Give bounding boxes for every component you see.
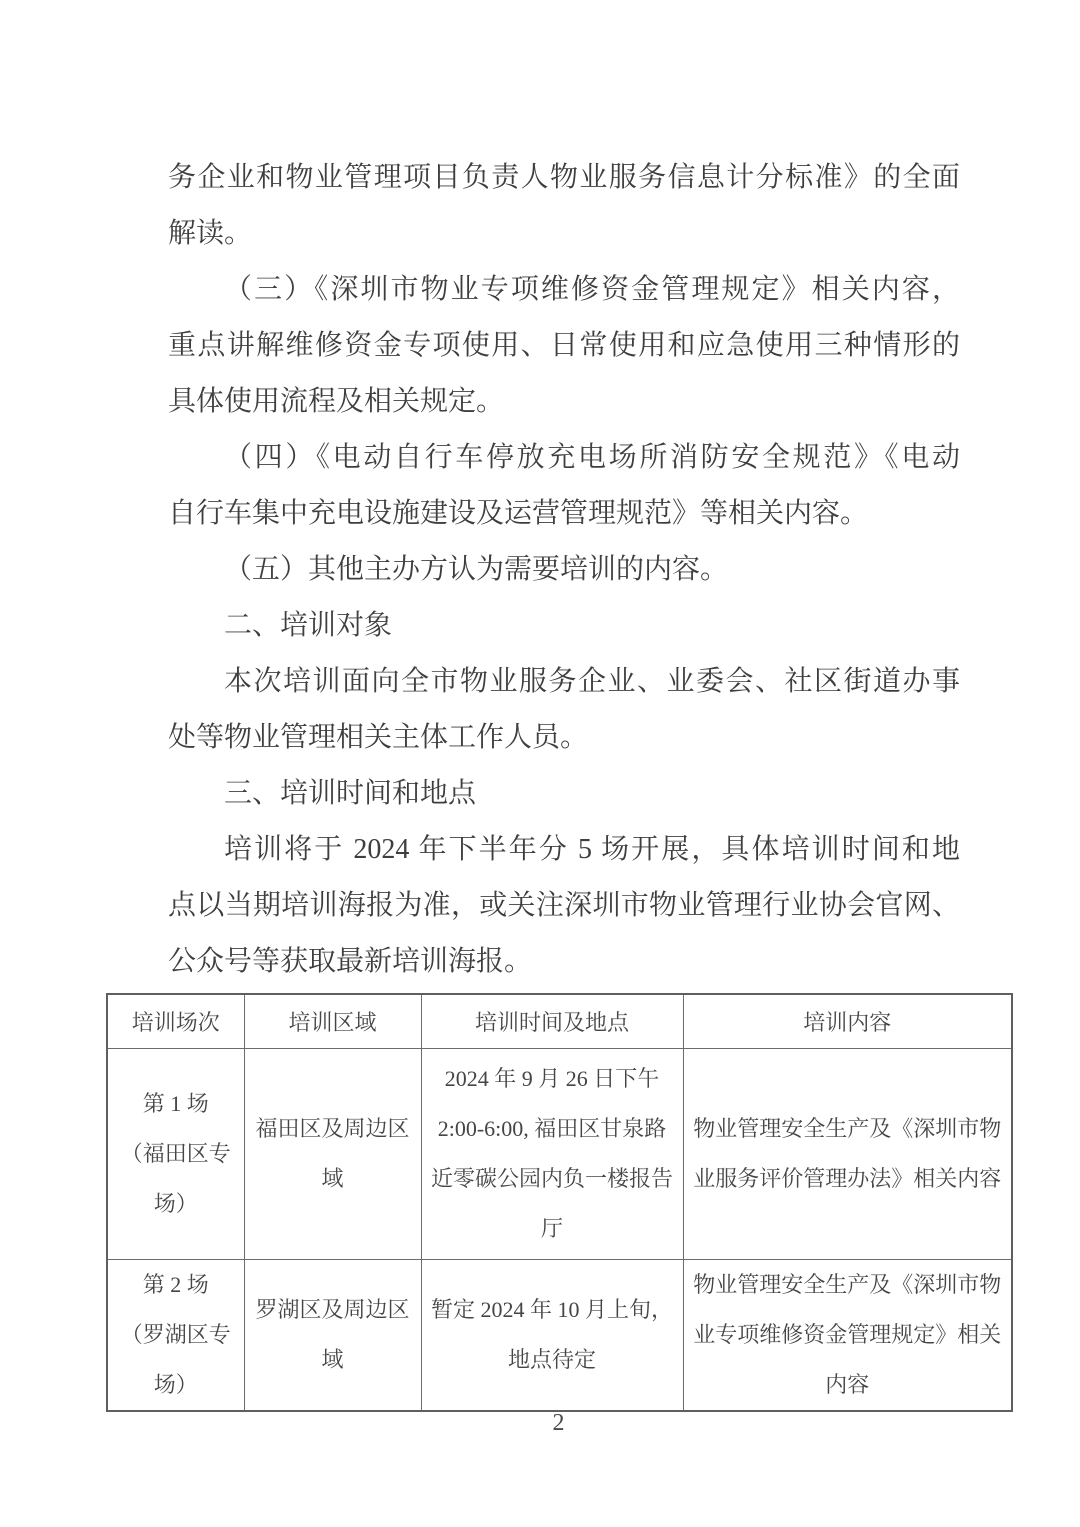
table-cell-line: （福田区专 bbox=[108, 1129, 244, 1179]
body-text: 务企业和物业管理项目负责人物业服务信息计分标准》的全面解读。（三）《深圳市物业专… bbox=[168, 150, 960, 990]
body-text-line: （三）《深圳市物业专项维修资金管理规定》相关内容， bbox=[168, 262, 960, 318]
body-text-line: 处等物业管理相关主体工作人员。 bbox=[168, 710, 960, 766]
body-text-line: 公众号等获取最新培训海报。 bbox=[168, 934, 960, 990]
table-cell-line: 场） bbox=[108, 1179, 244, 1229]
table-cell-line: 2:00-6:00, 福田区甘泉路 bbox=[422, 1104, 683, 1154]
body-text-line: 重点讲解维修资金专项使用、日常使用和应急使用三种情形的 bbox=[168, 318, 960, 374]
table-cell-session: 第 1 场（福田区专场） bbox=[107, 1048, 244, 1259]
table-cell-line: 域 bbox=[245, 1335, 421, 1385]
table-cell-line: 第 1 场 bbox=[108, 1079, 244, 1129]
page-number: 2 bbox=[106, 1408, 1011, 1438]
table-row: 第 2 场（罗湖区专场）罗湖区及周边区域暂定 2024 年 10 月上旬，地点待… bbox=[107, 1259, 1012, 1411]
table-cell-line: 内容 bbox=[684, 1360, 1012, 1410]
table-header-cell: 培训内容 bbox=[683, 994, 1012, 1048]
table-header-cell: 培训时间及地点 bbox=[421, 994, 683, 1048]
body-text-line: 具体使用流程及相关规定。 bbox=[168, 374, 960, 430]
table-row: 第 1 场（福田区专场）福田区及周边区域2024 年 9 月 26 日下午2:0… bbox=[107, 1048, 1012, 1259]
body-text-line: 务企业和物业管理项目负责人物业服务信息计分标准》的全面 bbox=[168, 150, 960, 206]
body-text-line: 二、培训对象 bbox=[168, 598, 960, 654]
table-cell-session: 第 2 场（罗湖区专场） bbox=[107, 1259, 244, 1411]
table-cell-line: 业服务评价管理办法》相关内容 bbox=[684, 1154, 1012, 1204]
table-cell-line: 地点待定 bbox=[422, 1335, 683, 1385]
body-text-line: 三、培训时间和地点 bbox=[168, 766, 960, 822]
body-text-line: 培训将于 2024 年下半年分 5 场开展，具体培训时间和地 bbox=[168, 822, 960, 878]
table-cell-time-place: 2024 年 9 月 26 日下午2:00-6:00, 福田区甘泉路近零碳公园内… bbox=[421, 1048, 683, 1259]
table-cell-line: 2024 年 9 月 26 日下午 bbox=[422, 1054, 683, 1104]
body-text-line: （五）其他主办方认为需要培训的内容。 bbox=[168, 542, 960, 598]
body-text-line: （四）《电动自行车停放充电场所消防安全规范》《电动 bbox=[168, 430, 960, 486]
table-cell-content: 物业管理安全生产及《深圳市物业服务评价管理办法》相关内容 bbox=[683, 1048, 1012, 1259]
table-header: 培训场次培训区域培训时间及地点培训内容 bbox=[107, 994, 1012, 1048]
table-cell-line: 福田区及周边区 bbox=[245, 1104, 421, 1154]
table-cell-line: 物业管理安全生产及《深圳市物 bbox=[684, 1260, 1012, 1310]
table-cell-region: 福田区及周边区域 bbox=[244, 1048, 421, 1259]
body-text-line: 本次培训面向全市物业服务企业、业委会、社区街道办事 bbox=[168, 654, 960, 710]
table-cell-line: 第 2 场 bbox=[108, 1260, 244, 1310]
table-cell-line: 物业管理安全生产及《深圳市物 bbox=[684, 1104, 1012, 1154]
table-cell-content: 物业管理安全生产及《深圳市物业专项维修资金管理规定》相关内容 bbox=[683, 1259, 1012, 1411]
table-cell-region: 罗湖区及周边区域 bbox=[244, 1259, 421, 1411]
body-text-line: 点以当期培训海报为准，或关注深圳市物业管理行业协会官网、 bbox=[168, 878, 960, 934]
table-body: 第 1 场（福田区专场）福田区及周边区域2024 年 9 月 26 日下午2:0… bbox=[107, 1048, 1012, 1411]
body-text-line: 自行车集中充电设施建设及运营管理规范》等相关内容。 bbox=[168, 486, 960, 542]
training-schedule-table: 培训场次培训区域培训时间及地点培训内容 第 1 场（福田区专场）福田区及周边区域… bbox=[106, 993, 1013, 1412]
table-cell-line: 罗湖区及周边区 bbox=[245, 1285, 421, 1335]
table-cell-line: （罗湖区专 bbox=[108, 1310, 244, 1360]
table-cell-line: 场） bbox=[108, 1360, 244, 1410]
table-cell-line: 近零碳公园内负一楼报告 bbox=[422, 1154, 683, 1204]
body-text-line: 解读。 bbox=[168, 206, 960, 262]
table-cell-line: 域 bbox=[245, 1154, 421, 1204]
document-page: 务企业和物业管理项目负责人物业服务信息计分标准》的全面解读。（三）《深圳市物业专… bbox=[0, 0, 1080, 1527]
table-cell-line: 暂定 2024 年 10 月上旬， bbox=[422, 1285, 683, 1335]
table-cell-line: 厅 bbox=[422, 1204, 683, 1254]
table-cell-line: 业专项维修资金管理规定》相关 bbox=[684, 1310, 1012, 1360]
table-cell-time-place: 暂定 2024 年 10 月上旬，地点待定 bbox=[421, 1259, 683, 1411]
table-header-row: 培训场次培训区域培训时间及地点培训内容 bbox=[107, 994, 1012, 1048]
table-header-cell: 培训场次 bbox=[107, 994, 244, 1048]
table-header-cell: 培训区域 bbox=[244, 994, 421, 1048]
